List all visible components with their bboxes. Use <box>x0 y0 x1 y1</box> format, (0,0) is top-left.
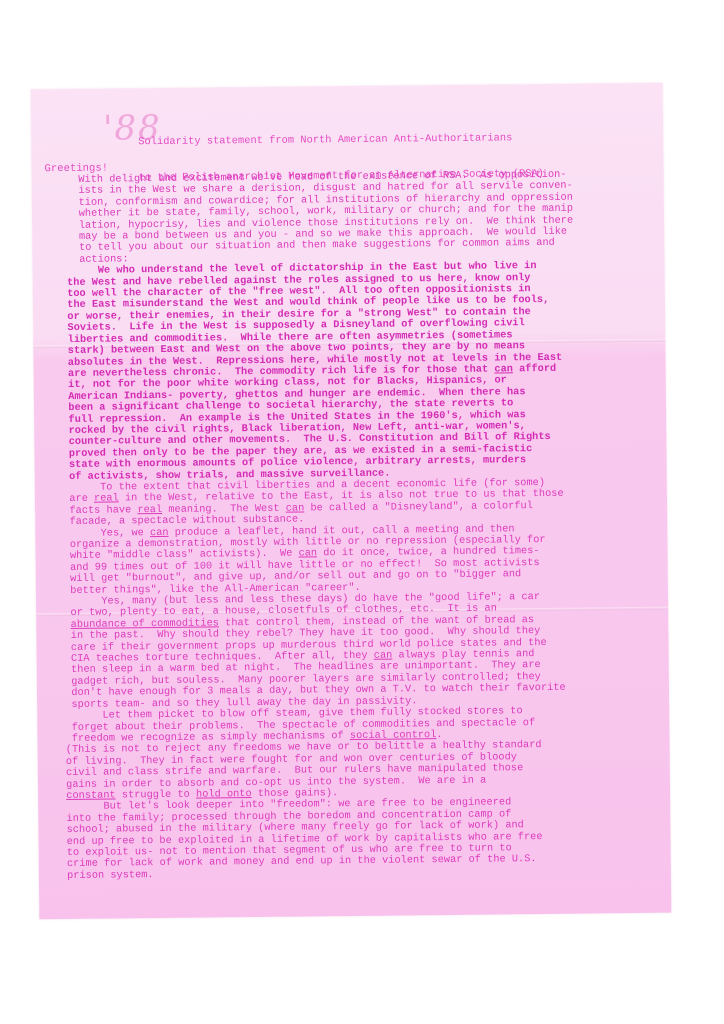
paragraph: Let them picket to blow off steam, give … <box>59 705 660 803</box>
paragraph: To the extent that civil liberties and a… <box>57 477 657 529</box>
title-line: Solidarity statement from North American… <box>138 132 543 148</box>
paragraph: Yes, we can produce a leaflet, hand it o… <box>57 522 658 597</box>
letter-body: With delight and excitement we've read o… <box>54 169 661 882</box>
paragraph: But let's look deeper into "freedom": we… <box>60 796 661 882</box>
paragraph: With delight and excitement we've read o… <box>54 169 655 267</box>
paragraph: We who understand the level of dictators… <box>55 260 657 483</box>
document-page: '88 Solidarity statement from North Amer… <box>31 83 672 920</box>
paragraph: Yes, many (but less and less these days)… <box>58 591 659 711</box>
